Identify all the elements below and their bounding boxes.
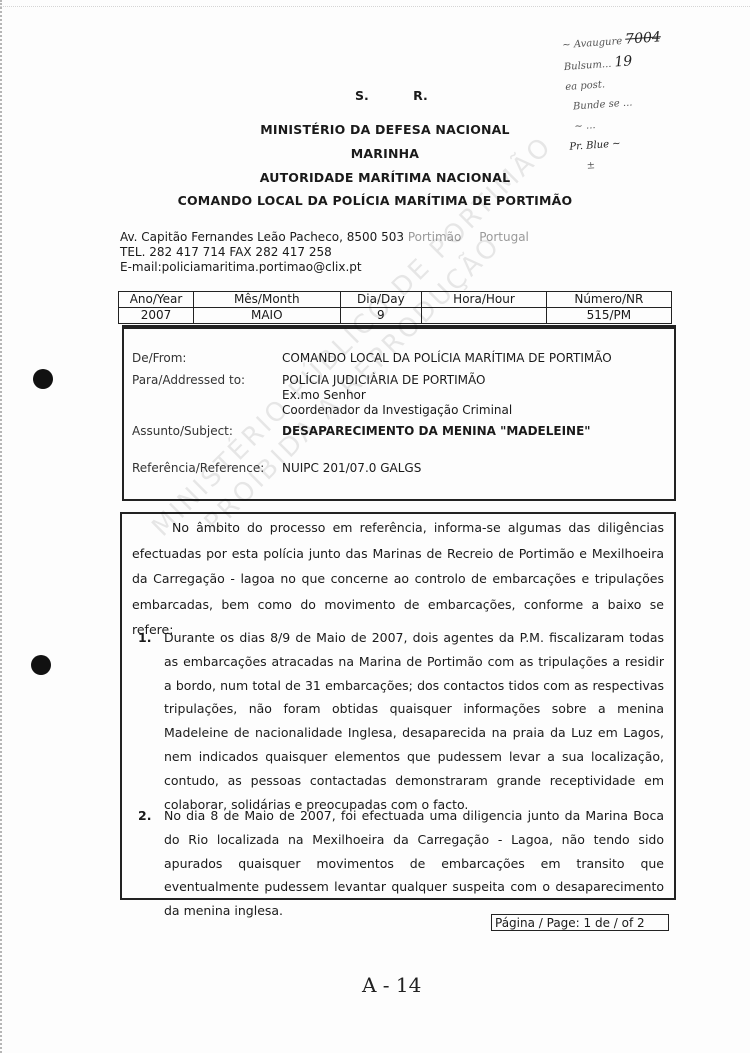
- header-year: Ano/Year: [119, 292, 194, 308]
- contact-phone: TEL. 282 417 714 FAX 282 417 258: [120, 245, 332, 260]
- contact-email: E-mail:policiamaritima.portimao@clix.pt: [120, 260, 362, 275]
- item-number: 2.: [138, 804, 151, 828]
- sr-mark: S. R.: [355, 88, 428, 103]
- handwritten-note: ~ Avaugure 7004 Bulsum... 19 ea post. Bu…: [562, 22, 745, 223]
- item-text: No dia 8 de Maio de 2007, foi efectuada …: [164, 804, 664, 923]
- header-number: Número/NR: [546, 292, 671, 308]
- scan-edge: [0, 0, 5, 1053]
- value-number: 515/PM: [546, 308, 671, 324]
- scan-edge-top: [0, 6, 750, 7]
- punch-hole-icon: [33, 369, 53, 389]
- header-month: Mês/Month: [194, 292, 340, 308]
- report-body: No âmbito do processo em referência, inf…: [120, 512, 676, 900]
- value-month: MAIO: [194, 308, 340, 324]
- item-text: Durante os dias 8/9 de Maio de 2007, doi…: [164, 626, 664, 816]
- page-indicator: Página / Page: 1 de / of 2: [491, 914, 669, 931]
- to-label: Para/Addressed to:: [132, 373, 282, 388]
- reference-value: NUIPC 201/07.0 GALGS: [282, 461, 672, 476]
- from-label: De/From:: [132, 351, 282, 366]
- handwritten-reference: A - 14: [362, 973, 421, 997]
- value-year: 2007: [119, 308, 194, 324]
- item-number: 1.: [138, 626, 151, 650]
- subject-value: DESAPARECIMENTO DA MENINA "MADELEINE": [282, 424, 672, 439]
- punch-hole-icon: [31, 655, 51, 675]
